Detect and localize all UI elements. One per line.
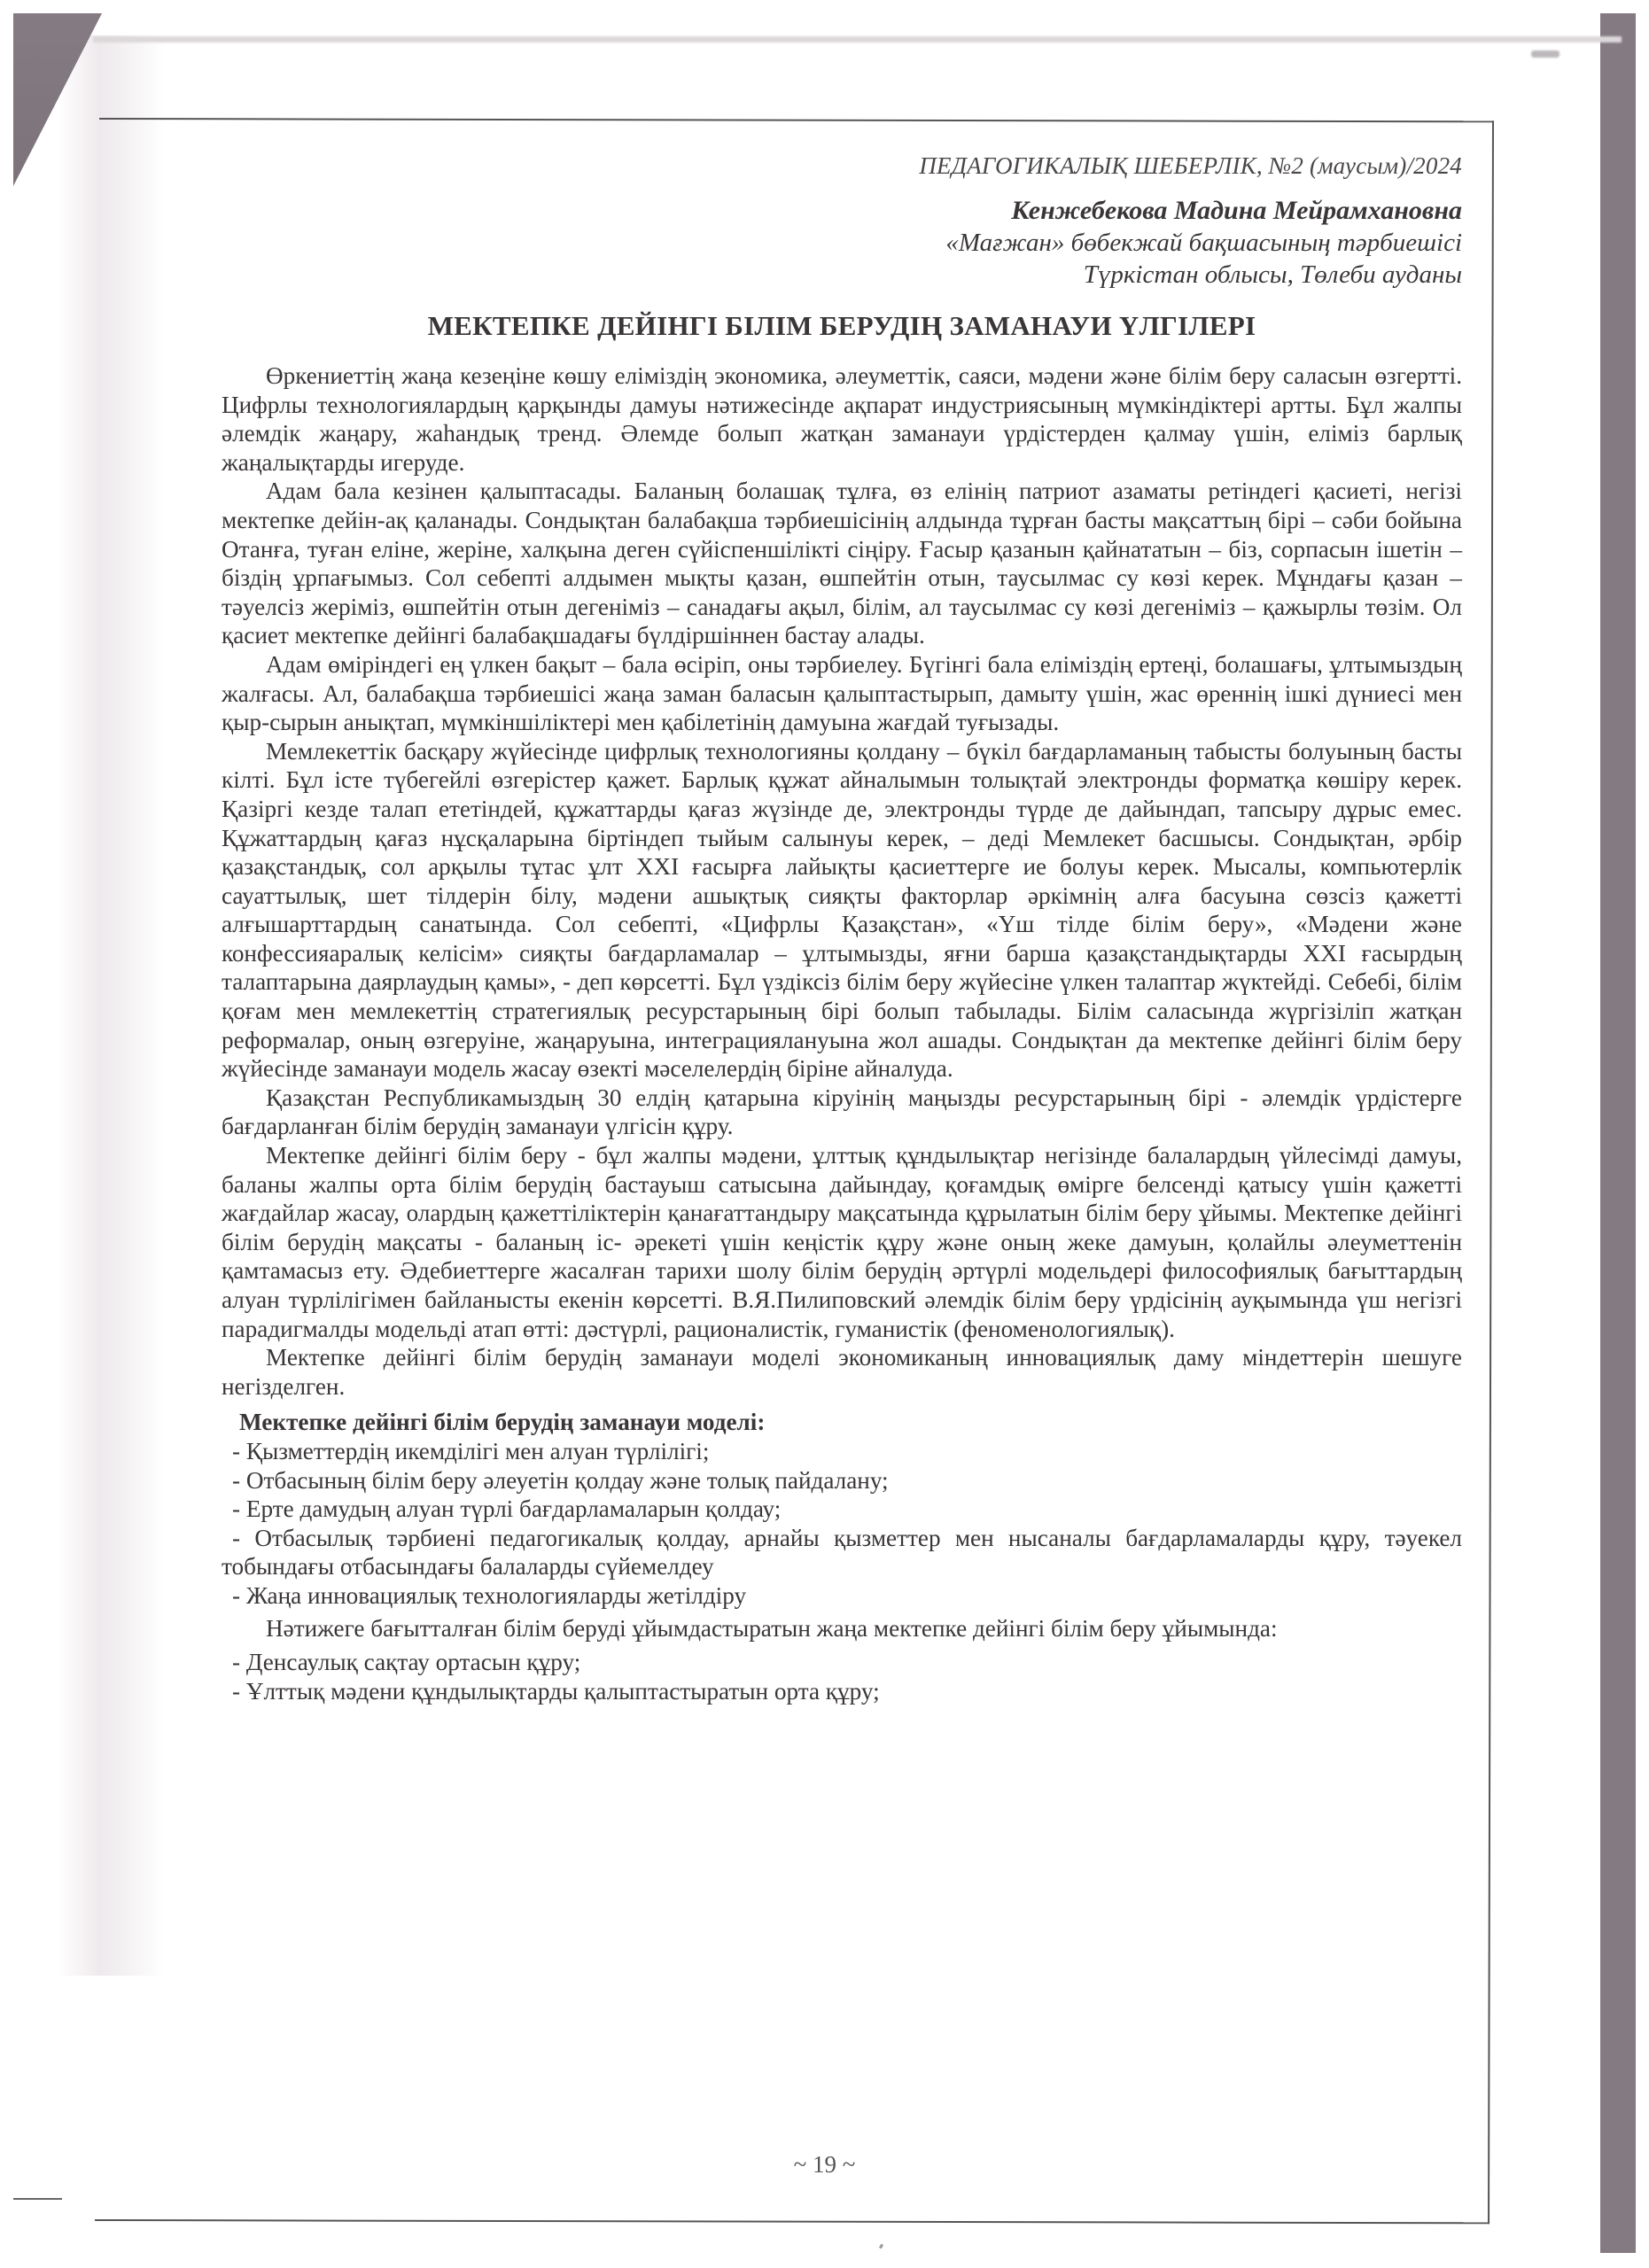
paragraph: Мектепке дейінгі білім беру - бұл жалпы … [222,1141,1462,1343]
list-item: - Отбасының білім беру әлеуетін қолдау ж… [222,1466,1462,1495]
paragraph: Қазақстан Республикамыздың 30 елдің қата… [222,1084,1462,1141]
list-item: - Жаңа инновациялық технологияларды жеті… [222,1581,1462,1611]
list-item: - Отбасылық тәрбиені педагогикалық қолда… [222,1524,1462,1581]
frame-tick [13,2198,62,2200]
scan-edge-strip [1600,13,1636,2253]
scan-smudge [1531,50,1560,58]
paragraph: Мектепке дейінгі білім берудің заманауи … [222,1343,1462,1401]
page-content: ПЕДАГОГИКАЛЫҚ ШЕБЕРЛІК, №2 (маусым)/2024… [222,151,1462,1705]
article-body: Өркениеттің жаңа кезеңіне көшу еліміздің… [222,361,1462,1705]
author-location: Түркістан облысы, Төлеби ауданы [222,259,1462,291]
list-item: - Денсаулық сақтау ортасын құру; [222,1648,1462,1677]
page-number: ~ 19 ~ [0,2151,1649,2179]
author-block: Кенжебекова Мадина Мейрамхановна «Мағжан… [222,195,1462,291]
list-item: - Ұлттық мәдени құндылықтарды қалыптасты… [222,1677,1462,1706]
model-heading: Мектепке дейінгі білім берудің заманауи … [222,1408,1462,1437]
author-position: «Мағжан» бөбекжай бақшасының тәрбиешісі [222,227,1462,259]
paragraph: Мемлекеттік басқару жүйесінде цифрлық те… [222,737,1462,1084]
paragraph: Өркениеттің жаңа кезеңіне көшу еліміздің… [222,361,1462,477]
author-name: Кенжебекова Мадина Мейрамхановна [222,195,1462,227]
scan-speck [879,2244,883,2249]
scan-top-edge [93,36,1622,43]
list-item: - Ерте дамудың алуан түрлі бағдарламалар… [222,1495,1462,1524]
paragraph: Адам бала кезінен қалыптасады. Баланың б… [222,477,1462,650]
list-item: - Қызметтердің икемділігі мен алуан түрл… [222,1437,1462,1466]
journal-header: ПЕДАГОГИКАЛЫҚ ШЕБЕРЛІК, №2 (маусым)/2024 [222,151,1462,181]
article-title: МЕКТЕПКЕ ДЕЙІНГІ БІЛІМ БЕРУДІҢ ЗАМАНАУИ … [222,308,1462,344]
paragraph: Нәтижеге бағытталған білім беруді ұйымда… [222,1614,1462,1643]
paragraph: Адам өміріндегі ең үлкен бақыт – бала өс… [222,650,1462,737]
